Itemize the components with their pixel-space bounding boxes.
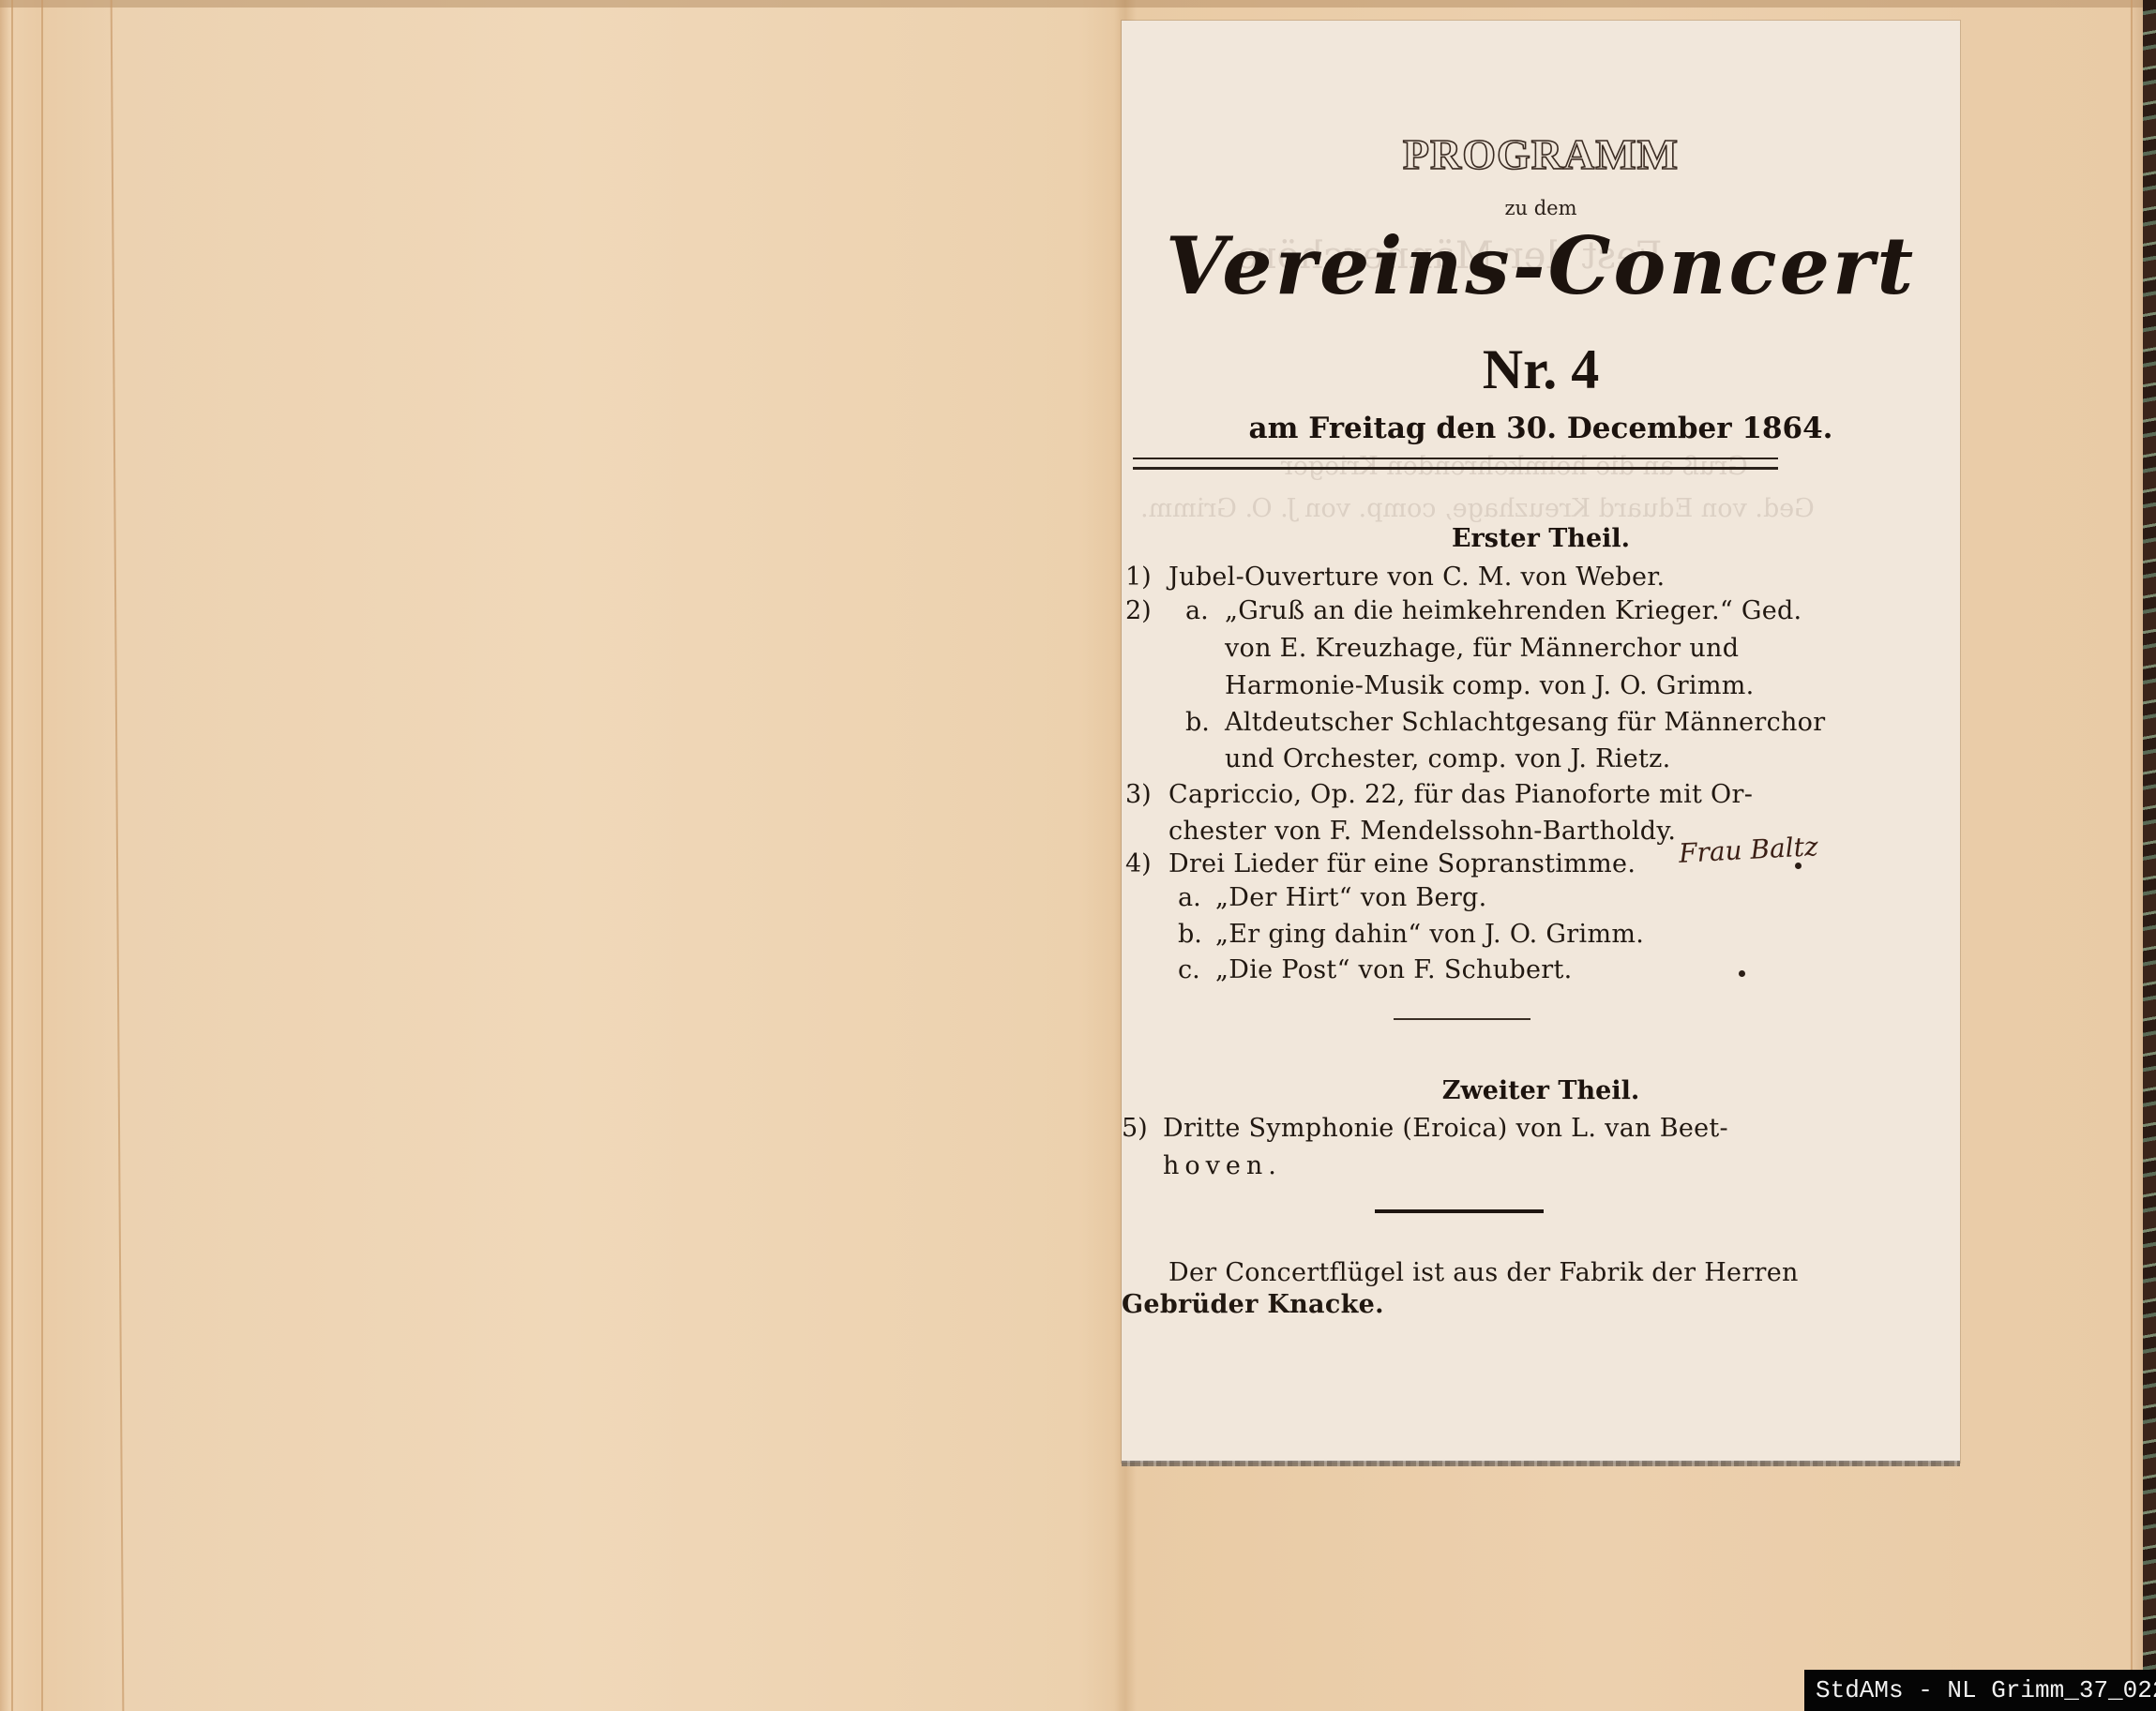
section-divider-rule [1394, 1018, 1530, 1020]
footnote-line: Gebrüder Knacke. [1122, 1290, 1384, 1319]
program-item-line: Dritte Symphonie (Eroica) von L. van Bee… [1163, 1114, 1728, 1143]
item-sub-letter: c. [1178, 955, 1200, 984]
archive-caption: StdAMs - NL Grimm_37_022 [1804, 1670, 2156, 1711]
program-item-line: chester von F. Mendelssohn-Bartholdy. [1168, 817, 1676, 846]
item-sub-letter: a. [1185, 596, 1209, 625]
item-number: 3) [1125, 780, 1152, 809]
program-item-line: Capriccio, Op. 22, für das Pianoforte mi… [1168, 780, 1753, 809]
ink-dot [1795, 863, 1802, 869]
part-two-heading: Zweiter Theil. [1122, 1076, 1960, 1105]
open-book-spread: Fest der Männerchöre. Gruß an die heimke… [0, 0, 2156, 1711]
subtitle-prefix: zu dem [1122, 197, 1960, 219]
item-number: 4) [1125, 849, 1152, 878]
left-page-blank [122, 9, 1116, 1697]
item-number: 5) [1122, 1114, 1148, 1143]
part-one-heading: Erster Theil. [1122, 524, 1960, 553]
marbled-cover-edge [2143, 0, 2156, 1711]
concert-program-sheet: Fest der Männerchöre. Gruß an die heimke… [1122, 21, 1960, 1463]
footnote-line: Der Concertflügel ist aus der Fabrik der… [1168, 1258, 1799, 1287]
program-item-line: „Gruß an die heimkehrenden Krieger.“ Ged… [1225, 596, 1802, 625]
concert-number: Nr. 4 [1122, 338, 1960, 402]
program-item-line: und Orchester, comp. von J. Rietz. [1225, 744, 1671, 773]
program-item-line: „Der Hirt“ von Berg. [1215, 883, 1487, 912]
item-sub-letter: b. [1185, 708, 1210, 737]
item-sub-letter: a. [1178, 883, 1201, 912]
program-item-line: „Er ging dahin“ von J. O. Grimm. [1215, 920, 1644, 949]
page-edge-line [11, 0, 13, 1711]
program-item-line: von E. Kreuzhage, für Männerchor und [1225, 634, 1739, 663]
concert-title: Vereins-Concert [1122, 219, 1960, 312]
show-through-text: Ged. von Eduard Kreuzhage, comp. von J. … [1140, 494, 1815, 523]
program-label: PROGRAMM [1122, 129, 1960, 179]
item-number: 2) [1125, 596, 1152, 625]
page-edge-line [2131, 0, 2133, 1711]
footer-divider-rule [1375, 1209, 1544, 1213]
torn-bottom-edge [1122, 1461, 1960, 1466]
program-item-line: hoven. [1163, 1151, 1282, 1180]
concert-date: am Freitag den 30. December 1864. [1122, 412, 1960, 445]
item-sub-letter: b. [1178, 920, 1202, 949]
program-item-line: Jubel-Ouverture von C. M. von Weber. [1168, 563, 1665, 592]
program-item-line: Drei Lieder für eine Sopranstimme. [1168, 849, 1636, 878]
program-item-line: Altdeutscher Schlachtgesang für Männerch… [1225, 708, 1825, 737]
item-number: 1) [1125, 563, 1152, 592]
header-double-rule [1133, 458, 1778, 470]
program-item-line: „Die Post“ von F. Schubert. [1215, 955, 1573, 984]
page-edge-line [41, 0, 43, 1711]
ink-dot [1739, 970, 1745, 977]
program-item-line: Harmonie-Musik comp. von J. O. Grimm. [1225, 671, 1755, 700]
book-top-edge [0, 0, 2143, 8]
